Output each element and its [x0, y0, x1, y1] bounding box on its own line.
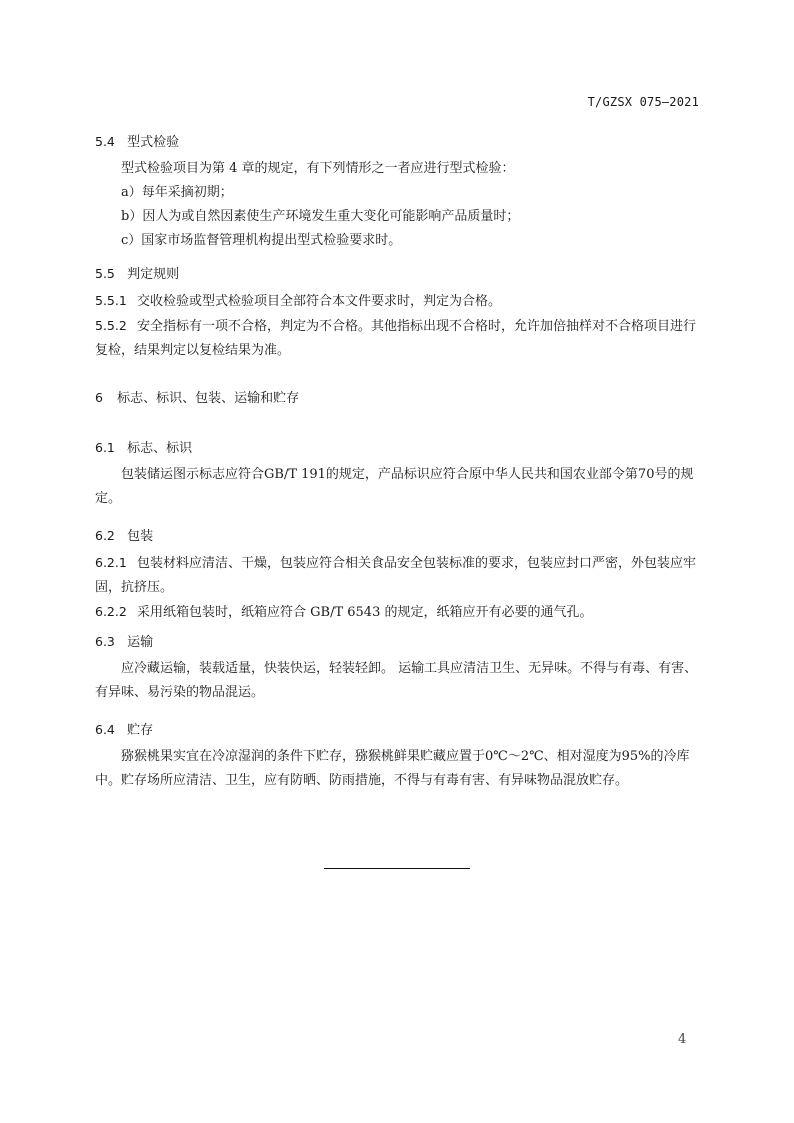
list-item: c）国家市场监督管理机构提出型式检验要求时。	[95, 229, 700, 253]
chapter-6: 6 标志、标识、包装、运输和贮存	[95, 386, 700, 411]
end-of-document-rule	[324, 868, 470, 869]
paragraph: 应冷藏运输，装载适量，快装快运，轻装轻卸。 运输工具应清洁卫生、无异味。不得与有…	[95, 657, 700, 705]
section-6-1: 6.1 标志、标识 包装储运图示标志应符合GB/T 191的规定，产品标识应符合…	[95, 436, 700, 511]
paragraph: 包装储运图示标志应符合GB/T 191的规定，产品标识应符合原中华人民共和国农业…	[95, 463, 700, 511]
clause: 5.5.1交收检验或型式检验项目全部符合本文件要求时，判定为合格。	[95, 289, 700, 314]
section-heading: 6.2 包装	[95, 524, 700, 549]
chapter-heading: 6 标志、标识、包装、运输和贮存	[95, 386, 700, 411]
section-heading: 5.5 判定规则	[95, 262, 700, 287]
section-6-4: 6.4 贮存 猕猴桃果实宜在冷凉湿润的条件下贮存，猕猴桃鲜果贮藏应置于0℃～2℃…	[95, 718, 700, 793]
paragraph: 猕猴桃果实宜在冷凉湿润的条件下贮存，猕猴桃鲜果贮藏应置于0℃～2℃、相对湿度为9…	[95, 745, 700, 793]
section-heading: 6.1 标志、标识	[95, 436, 700, 461]
list-item: a）每年采摘初期；	[95, 181, 700, 205]
section-6-3: 6.3 运输 应冷藏运输，装载适量，快装快运，轻装轻卸。 运输工具应清洁卫生、无…	[95, 630, 700, 705]
list-item: b）因人为或自然因素使生产环境发生重大变化可能影响产品质量时；	[95, 205, 700, 229]
document-page: T/GZSX 075—2021 5.4 型式检验 型式检验项目为第 4 章的规定…	[0, 0, 794, 1123]
document-id: T/GZSX 075—2021	[588, 95, 699, 109]
clause: 5.5.2安全指标有一项不合格，判定为不合格。其他指标出现不合格时，允许加倍抽样…	[95, 314, 700, 363]
section-heading: 5.4 型式检验	[95, 130, 700, 155]
section-5-4: 5.4 型式检验 型式检验项目为第 4 章的规定，有下列情形之一者应进行型式检验…	[95, 130, 700, 253]
section-heading: 6.3 运输	[95, 630, 700, 655]
clause: 6.2.2采用纸箱包装时，纸箱应符合 GB/T 6543 的规定，纸箱应开有必要…	[95, 600, 700, 625]
section-heading: 6.4 贮存	[95, 718, 700, 743]
page-number: 4	[678, 1032, 686, 1047]
clause: 6.2.1包装材料应清洁、干燥，包装应符合相关食品安全包装标准的要求，包装应封口…	[95, 551, 700, 600]
section-5-5: 5.5 判定规则 5.5.1交收检验或型式检验项目全部符合本文件要求时，判定为合…	[95, 262, 700, 363]
section-6-2: 6.2 包装 6.2.1包装材料应清洁、干燥，包装应符合相关食品安全包装标准的要…	[95, 524, 700, 625]
paragraph: 型式检验项目为第 4 章的规定，有下列情形之一者应进行型式检验：	[95, 157, 700, 181]
